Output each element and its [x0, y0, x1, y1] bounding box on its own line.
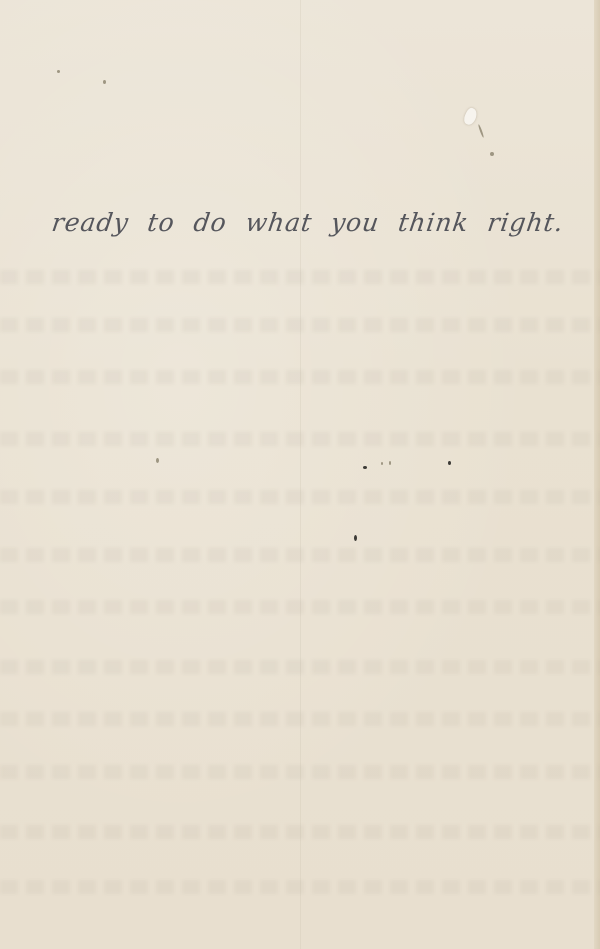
ink-speck [103, 80, 106, 84]
paper-damage-mark [490, 152, 494, 156]
reverse-side-bleed-through [0, 370, 600, 384]
reverse-side-bleed-through [0, 712, 600, 726]
reverse-side-bleed-through [0, 490, 600, 504]
reverse-side-bleed-through [0, 432, 600, 446]
ink-speck [354, 535, 357, 541]
ink-speck [448, 461, 451, 465]
reverse-side-bleed-through [0, 660, 600, 674]
ink-speck [381, 462, 383, 465]
reverse-side-bleed-through [0, 600, 600, 614]
paper-fold-line [300, 0, 301, 949]
reverse-side-bleed-through [0, 270, 600, 284]
ink-speck [57, 70, 60, 73]
paper-right-edge [594, 0, 600, 949]
ink-speck [389, 461, 391, 465]
ink-speck [363, 466, 367, 469]
reverse-side-bleed-through [0, 548, 600, 562]
ink-speck [156, 458, 159, 463]
handwritten-line: ready to do what you think right. [50, 208, 566, 237]
reverse-side-bleed-through [0, 765, 600, 779]
paper-damage-mark [462, 106, 479, 126]
reverse-side-bleed-through [0, 825, 600, 839]
reverse-side-bleed-through [0, 318, 600, 332]
reverse-side-bleed-through [0, 880, 600, 894]
letter-page: ready to do what you think right. [0, 0, 600, 949]
paper-damage-mark [478, 124, 485, 138]
